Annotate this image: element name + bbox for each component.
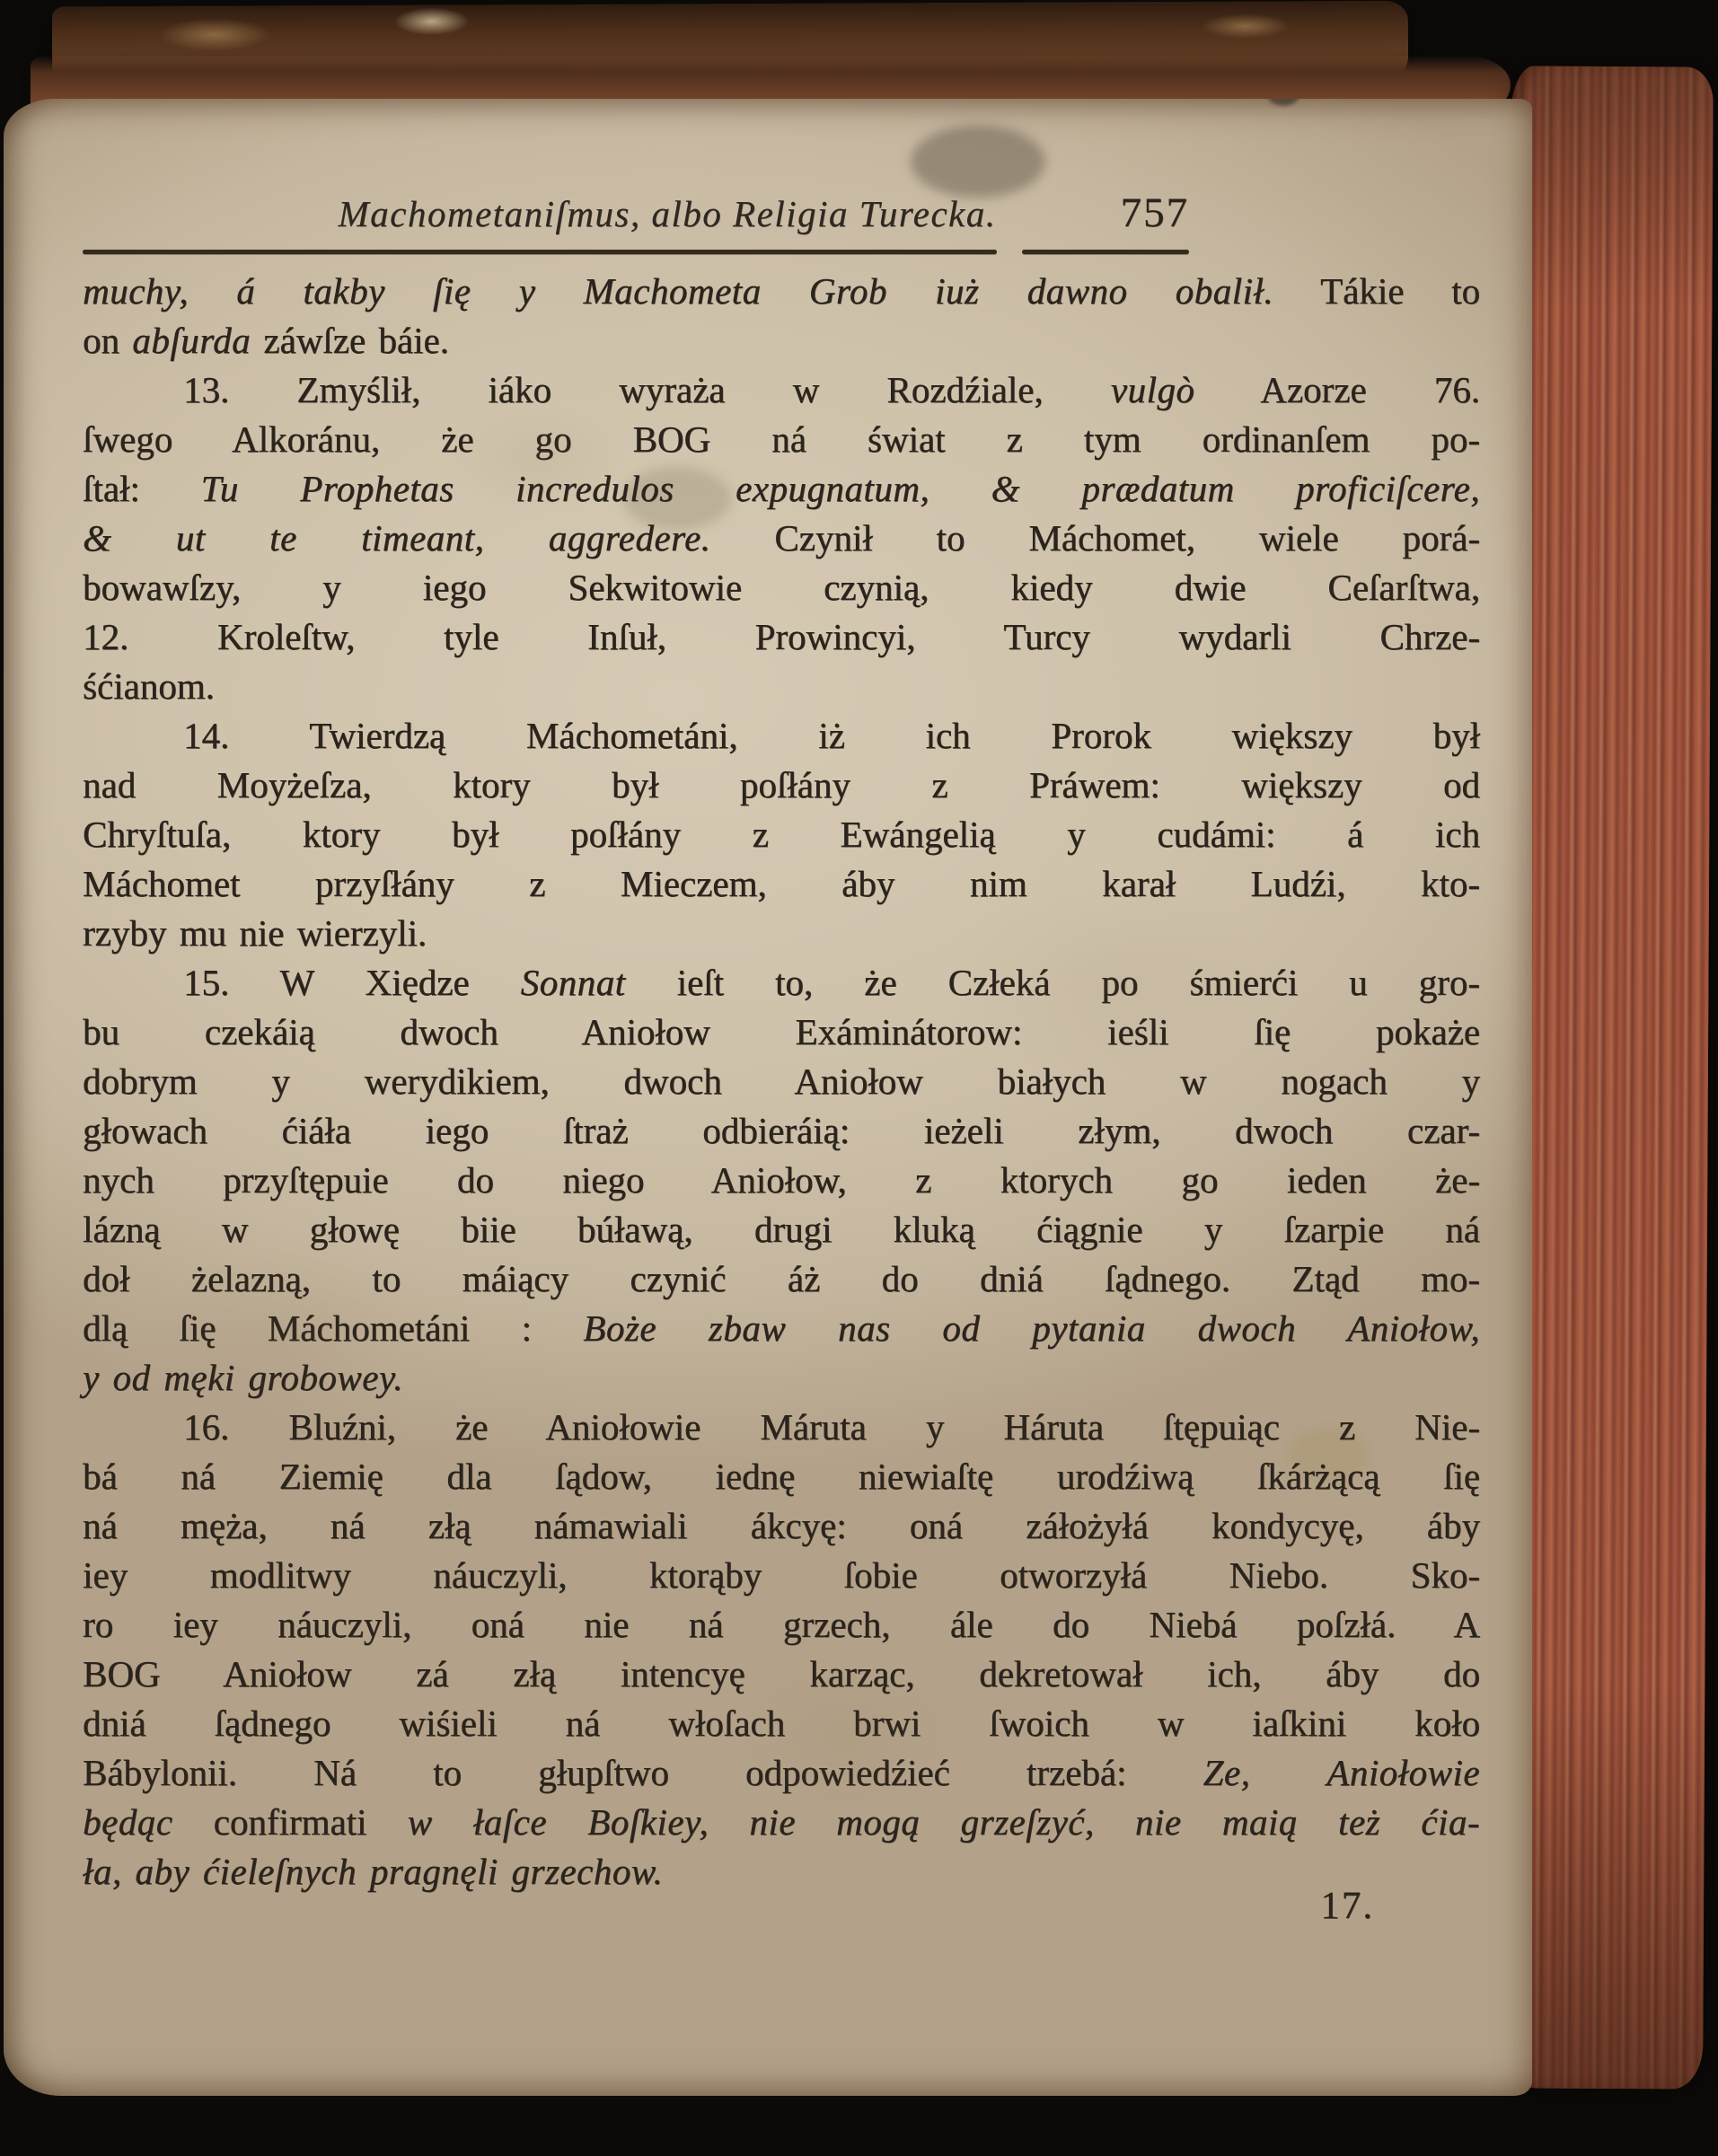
book-page: Machometaniſmus, albo Religia Turecka. 7…: [4, 99, 1532, 2096]
roman-text-segment: 14. Twierdzą Máchometáni, iż ich Prorok …: [183, 715, 1480, 756]
header-rule-segment: [1022, 250, 1189, 254]
roman-text-segment: bu czekáią dwoch Aniołow Exáminátorow: i…: [83, 1011, 1480, 1052]
roman-text-segment: Czynił to Máchomet, wiele porá-: [710, 517, 1480, 559]
roman-text-segment: ná męża, ná złą námawiali ákcyę: oná záł…: [83, 1505, 1480, 1546]
italic-text-segment: Sonnat: [521, 962, 626, 1003]
roman-text-segment: ro iey náuczyli, oná nie ná grzech, ále …: [83, 1604, 1480, 1645]
text-line: doł żelazną, to máiący czynić áż do dniá…: [83, 1254, 1480, 1304]
roman-text-segment: nych przyſtępuie do niego Aniołow, z kto…: [83, 1159, 1480, 1201]
italic-text-segment: abſurda: [132, 320, 251, 361]
roman-text-segment: doł żelazną, to máiący czynić áż do dniá…: [83, 1258, 1480, 1299]
text-line: ná męża, ná złą námawiali ákcyę: oná záł…: [83, 1501, 1480, 1551]
text-line: 14. Twierdzą Máchometáni, iż ich Prorok …: [83, 711, 1480, 761]
text-line: będąc confirmati w łaſce Boſkiey, nie mo…: [83, 1798, 1480, 1847]
roman-text-segment: nad Moyżeſza, ktory był poſłány z Práwem…: [83, 764, 1480, 805]
text-line: y od męki grobowey.: [83, 1353, 1480, 1403]
text-line: bowawſzy, y iego Sekwitowie czynią, kied…: [83, 563, 1480, 612]
header-rule-gap: [997, 250, 1022, 254]
text-line: on abſurda záwſze báie.: [83, 316, 1480, 365]
text-line: bá ná Ziemię dla ſądow, iednę niewiaſtę …: [83, 1452, 1480, 1501]
roman-text-segment: ieſt to, że Człeká po śmierći u gro-: [626, 962, 1480, 1003]
text-line: nych przyſtępuie do niego Aniołow, z kto…: [83, 1156, 1480, 1205]
text-line: muchy, á takby ſię y Machometa Grob iuż …: [83, 267, 1480, 316]
italic-text-segment: & ut te timeant, aggredere.: [83, 517, 710, 559]
roman-text-segment: Azorze 76.: [1194, 369, 1480, 410]
roman-text-segment: 12. Kroleſtw, tyle Inſuł, Prowincyi, Tur…: [83, 616, 1480, 657]
text-line: 15. W Xiędze Sonnat ieſt to, że Człeká p…: [83, 958, 1480, 1008]
roman-text-segment: 13. Zmyślił, iáko wyraża w Rozdźiale,: [183, 369, 1111, 410]
page-content: Machometaniſmus, albo Religia Turecka. 7…: [4, 99, 1484, 1928]
roman-text-segment: śćianom.: [83, 665, 215, 707]
roman-text-segment: 15. W Xiędze: [183, 962, 521, 1003]
roman-text-segment: BOG Aniołow zá złą intencyę karząc, dekr…: [83, 1653, 1480, 1694]
text-line: ſwego Alkoránu, że go BOG ná świat z tym…: [83, 415, 1480, 464]
roman-text-segment: on: [83, 320, 132, 361]
text-line: dobrym y werydikiem, dwoch Aniołow biały…: [83, 1057, 1480, 1106]
text-line: BOG Aniołow zá złą intencyę karząc, dekr…: [83, 1650, 1480, 1699]
roman-text-segment: rzyby mu nie wierzyli.: [83, 912, 427, 954]
text-line: & ut te timeant, aggredere. Czynił to Má…: [83, 514, 1480, 563]
text-line: ſtał: Tu Prophetas incredulos expugnatum…: [83, 464, 1480, 514]
italic-text-segment: Ze, Aniołowie: [1203, 1752, 1480, 1793]
roman-text-segment: confirmati: [214, 1801, 367, 1843]
roman-text-segment: Bábylonii. Ná to głupſtwo odpowiedźieć t…: [83, 1752, 1203, 1793]
roman-text-segment: głowach ćiáła iego ſtraż odbieráią: ieże…: [83, 1110, 1480, 1151]
page-header: Machometaniſmus, albo Religia Turecka. 7…: [83, 192, 1189, 241]
text-line: lázną w głowę biie búławą, drugi kluką ć…: [83, 1205, 1480, 1254]
text-line: Chryſtuſa, ktory był poſłány z Ewángelią…: [83, 810, 1480, 859]
italic-text-segment: będąc: [83, 1801, 214, 1843]
text-line: Bábylonii. Ná to głupſtwo odpowiedźieć t…: [83, 1748, 1480, 1798]
roman-text-segment: Chryſtuſa, ktory był poſłány z Ewángelią…: [83, 814, 1480, 855]
text-line: iey modlitwy náuczyli, ktorąby ſobie otw…: [83, 1551, 1480, 1600]
roman-text-segment: Tákie to: [1273, 270, 1480, 312]
text-line: ro iey náuczyli, oná nie ná grzech, ále …: [83, 1600, 1480, 1650]
italic-text-segment: y od męki grobowey.: [83, 1357, 403, 1398]
text-line: bu czekáią dwoch Aniołow Exáminátorow: i…: [83, 1008, 1480, 1057]
text-line: nad Moyżeſza, ktory był poſłány z Práwem…: [83, 761, 1480, 810]
paragraph: 15. W Xiędze Sonnat ieſt to, że Człeká p…: [83, 958, 1480, 1403]
text-line: śćianom.: [83, 662, 1480, 711]
italic-text-segment: muchy, á takby ſię y Machometa Grob iuż …: [83, 270, 1273, 312]
paragraph: muchy, á takby ſię y Machometa Grob iuż …: [83, 267, 1480, 365]
text-line: 16. Bluźni, że Aniołowie Máruta y Háruta…: [83, 1403, 1480, 1452]
italic-text-segment: Boże zbaw nas od pytania dwoch Aniołow,: [583, 1307, 1480, 1349]
paragraph: 14. Twierdzą Máchometáni, iż ich Prorok …: [83, 711, 1480, 958]
text-line: dlą ſię Máchometáni : Boże zbaw nas od p…: [83, 1304, 1480, 1353]
roman-text-segment: dobrym y werydikiem, dwoch Aniołow biały…: [83, 1060, 1480, 1102]
text-line: głowach ćiáła iego ſtraż odbieráią: ieże…: [83, 1106, 1480, 1156]
roman-text-segment: lázną w głowę biie búławą, drugi kluką ć…: [83, 1209, 1480, 1250]
roman-text-segment: dniá ſądnego wiśieli ná włoſach brwi ſwo…: [83, 1703, 1480, 1744]
roman-text-segment: bá ná Ziemię dla ſądow, iednę niewiaſtę …: [83, 1456, 1480, 1497]
paragraph: 16. Bluźni, że Aniołowie Máruta y Háruta…: [83, 1403, 1480, 1896]
italic-text-segment: vulgò: [1111, 369, 1195, 410]
text-line: dniá ſądnego wiśieli ná włoſach brwi ſwo…: [83, 1699, 1480, 1748]
header-rule: [83, 250, 1189, 254]
text-line: 13. Zmyślił, iáko wyraża w Rozdźiale, vu…: [83, 365, 1480, 415]
text-line: rzyby mu nie wierzyli.: [83, 909, 1480, 958]
running-title: Machometaniſmus, albo Religia Turecka.: [83, 192, 1189, 235]
text-line: Máchomet przyſłány z Mieczem, áby nim ka…: [83, 859, 1480, 909]
roman-text-segment: 16. Bluźni, że Aniołowie Máruta y Háruta…: [183, 1406, 1480, 1448]
roman-text-segment: ſwego Alkoránu, że go BOG ná świat z tym…: [83, 418, 1480, 460]
book-photo: Machometaniſmus, albo Religia Turecka. 7…: [0, 0, 1718, 2156]
italic-text-segment: Tu Prophetas incredulos expugnatum, & pr…: [201, 468, 1480, 509]
roman-text-segment: bowawſzy, y iego Sekwitowie czynią, kied…: [83, 567, 1480, 608]
page-number: 757: [1121, 189, 1190, 237]
roman-text-segment: ſtał:: [83, 468, 201, 509]
paragraph: 13. Zmyślił, iáko wyraża w Rozdźiale, vu…: [83, 365, 1480, 711]
roman-text-segment: dlą ſię Máchometáni :: [83, 1307, 583, 1349]
roman-text-segment: Máchomet przyſłány z Mieczem, áby nim ka…: [83, 863, 1480, 904]
text-line: 12. Kroleſtw, tyle Inſuł, Prowincyi, Tur…: [83, 612, 1480, 662]
roman-text-segment: iey modlitwy náuczyli, ktorąby ſobie otw…: [83, 1554, 1480, 1596]
roman-text-segment: záwſze báie.: [251, 320, 449, 361]
italic-text-segment: w łaſce Boſkiey, nie mogą grzeſzyć, nie …: [366, 1801, 1480, 1843]
page-text: muchy, á takby ſię y Machometa Grob iuż …: [83, 267, 1480, 1896]
header-rule-segment: [83, 250, 997, 254]
italic-text-segment: ła, aby ćieleſnych pragnęli grzechow.: [83, 1851, 663, 1892]
